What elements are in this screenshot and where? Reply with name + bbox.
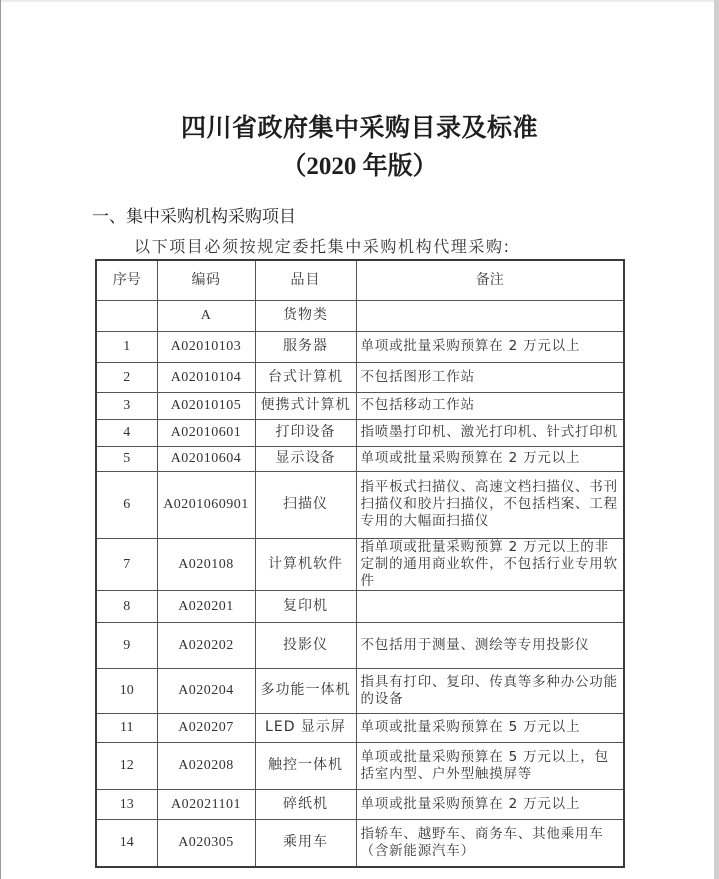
document-title: 四川省政府集中采购目录及标准	[0, 108, 719, 144]
row-code: A020208	[157, 742, 255, 789]
row-index: 3	[96, 392, 157, 419]
row-note: 不包括图形工作站	[356, 362, 624, 392]
row-note: 指喷墨打印机、激光打印机、针式打印机	[356, 419, 624, 446]
section-heading: 一、集中采购机构采购项目	[92, 202, 296, 227]
row-note: 单项或批量采购预算在 5 万元以上	[356, 713, 624, 742]
row-index: 12	[96, 742, 157, 789]
row-note: 指平板式扫描仪、高速文档扫描仪、书刊扫描仪和胶片扫描仪，不包括档案、工程专用的大…	[356, 471, 624, 538]
row-item: 台式计算机	[255, 362, 356, 392]
row-index: 4	[96, 419, 157, 446]
header-index: 序号	[96, 260, 157, 300]
row-code: A02010104	[157, 362, 255, 392]
table-row: 1 A02010103 服务器 单项或批量采购预算在 2 万元以上	[96, 331, 624, 362]
category-index	[96, 300, 157, 331]
table-row: 13 A02021101 碎纸机 单项或批量采购预算在 2 万元以上	[96, 789, 624, 819]
row-code: A020204	[157, 668, 255, 713]
row-code: A02010604	[157, 446, 255, 471]
row-note	[356, 590, 624, 622]
row-index: 13	[96, 789, 157, 819]
row-index: 1	[96, 331, 157, 362]
table-row: 14 A020305 乘用车 指轿车、越野车、商务车、其他乘用车（含新能源汽车）	[96, 819, 624, 867]
table-row: 5 A02010604 显示设备 单项或批量采购预算在 2 万元以上	[96, 446, 624, 471]
row-code: A020305	[157, 819, 255, 867]
row-item: 乘用车	[255, 819, 356, 867]
row-index: 7	[96, 538, 157, 590]
row-code: A020207	[157, 713, 255, 742]
document-subtitle: （2020 年版）	[0, 146, 719, 182]
row-index: 8	[96, 590, 157, 622]
row-item: 投影仪	[255, 622, 356, 668]
row-code: A02021101	[157, 789, 255, 819]
row-index: 14	[96, 819, 157, 867]
category-note	[356, 300, 624, 331]
table-header-row: 序号 编码 品目 备注	[96, 260, 624, 300]
header-code: 编码	[157, 260, 255, 300]
row-code: A0201060901	[157, 471, 255, 538]
row-note: 不包括用于测量、测绘等专用投影仪	[356, 622, 624, 668]
row-code: A02010103	[157, 331, 255, 362]
table-row: 3 A02010105 便携式计算机 不包括移动工作站	[96, 392, 624, 419]
table-row: 4 A02010601 打印设备 指喷墨打印机、激光打印机、针式打印机	[96, 419, 624, 446]
row-item: 打印设备	[255, 419, 356, 446]
row-item: LED 显示屏	[255, 713, 356, 742]
row-item: 复印机	[255, 590, 356, 622]
table-row: 9 A020202 投影仪 不包括用于测量、测绘等专用投影仪	[96, 622, 624, 668]
row-index: 2	[96, 362, 157, 392]
row-code: A02010601	[157, 419, 255, 446]
category-item: 货物类	[255, 300, 356, 331]
row-item: 扫描仪	[255, 471, 356, 538]
row-note: 单项或批量采购预算在 5 万元以上，包括室内型、户外型触摸屏等	[356, 742, 624, 789]
table-row: 6 A0201060901 扫描仪 指平板式扫描仪、高速文档扫描仪、书刊扫描仪和…	[96, 471, 624, 538]
row-code: A02010105	[157, 392, 255, 419]
category-row: A 货物类	[96, 300, 624, 331]
row-index: 10	[96, 668, 157, 713]
row-item: 计算机软件	[255, 538, 356, 590]
table-row: 2 A02010104 台式计算机 不包括图形工作站	[96, 362, 624, 392]
row-item: 触控一体机	[255, 742, 356, 789]
row-item: 便携式计算机	[255, 392, 356, 419]
row-index: 6	[96, 471, 157, 538]
table-row: 8 A020201 复印机	[96, 590, 624, 622]
row-note: 单项或批量采购预算在 2 万元以上	[356, 789, 624, 819]
page-top-edge	[0, 0, 719, 2]
row-index: 11	[96, 713, 157, 742]
row-note: 不包括移动工作站	[356, 392, 624, 419]
row-note: 单项或批量采购预算在 2 万元以上	[356, 331, 624, 362]
row-code: A020201	[157, 590, 255, 622]
row-item: 显示设备	[255, 446, 356, 471]
procurement-catalog-table: 序号 编码 品目 备注 A 货物类 1 A02010103 服务器 单项或批量采…	[95, 259, 625, 868]
category-code: A	[157, 300, 255, 331]
header-note: 备注	[356, 260, 624, 300]
row-code: A020202	[157, 622, 255, 668]
table-row: 10 A020204 多功能一体机 指具有打印、复印、传真等多种办公功能的设备	[96, 668, 624, 713]
row-note: 单项或批量采购预算在 2 万元以上	[356, 446, 624, 471]
row-index: 9	[96, 622, 157, 668]
row-code: A020108	[157, 538, 255, 590]
row-note: 指单项或批量采购预算 2 万元以上的非定制的通用商业软件，不包括行业专用软件	[356, 538, 624, 590]
header-item: 品目	[255, 260, 356, 300]
row-item: 多功能一体机	[255, 668, 356, 713]
intro-text: 以下项目必须按规定委托集中采购机构代理采购:	[134, 234, 511, 257]
row-item: 碎纸机	[255, 789, 356, 819]
row-note: 指具有打印、复印、传真等多种办公功能的设备	[356, 668, 624, 713]
row-index: 5	[96, 446, 157, 471]
table-row: 12 A020208 触控一体机 单项或批量采购预算在 5 万元以上，包括室内型…	[96, 742, 624, 789]
table-row: 11 A020207 LED 显示屏 单项或批量采购预算在 5 万元以上	[96, 713, 624, 742]
row-item: 服务器	[255, 331, 356, 362]
table-row: 7 A020108 计算机软件 指单项或批量采购预算 2 万元以上的非定制的通用…	[96, 538, 624, 590]
row-note: 指轿车、越野车、商务车、其他乘用车（含新能源汽车）	[356, 819, 624, 867]
